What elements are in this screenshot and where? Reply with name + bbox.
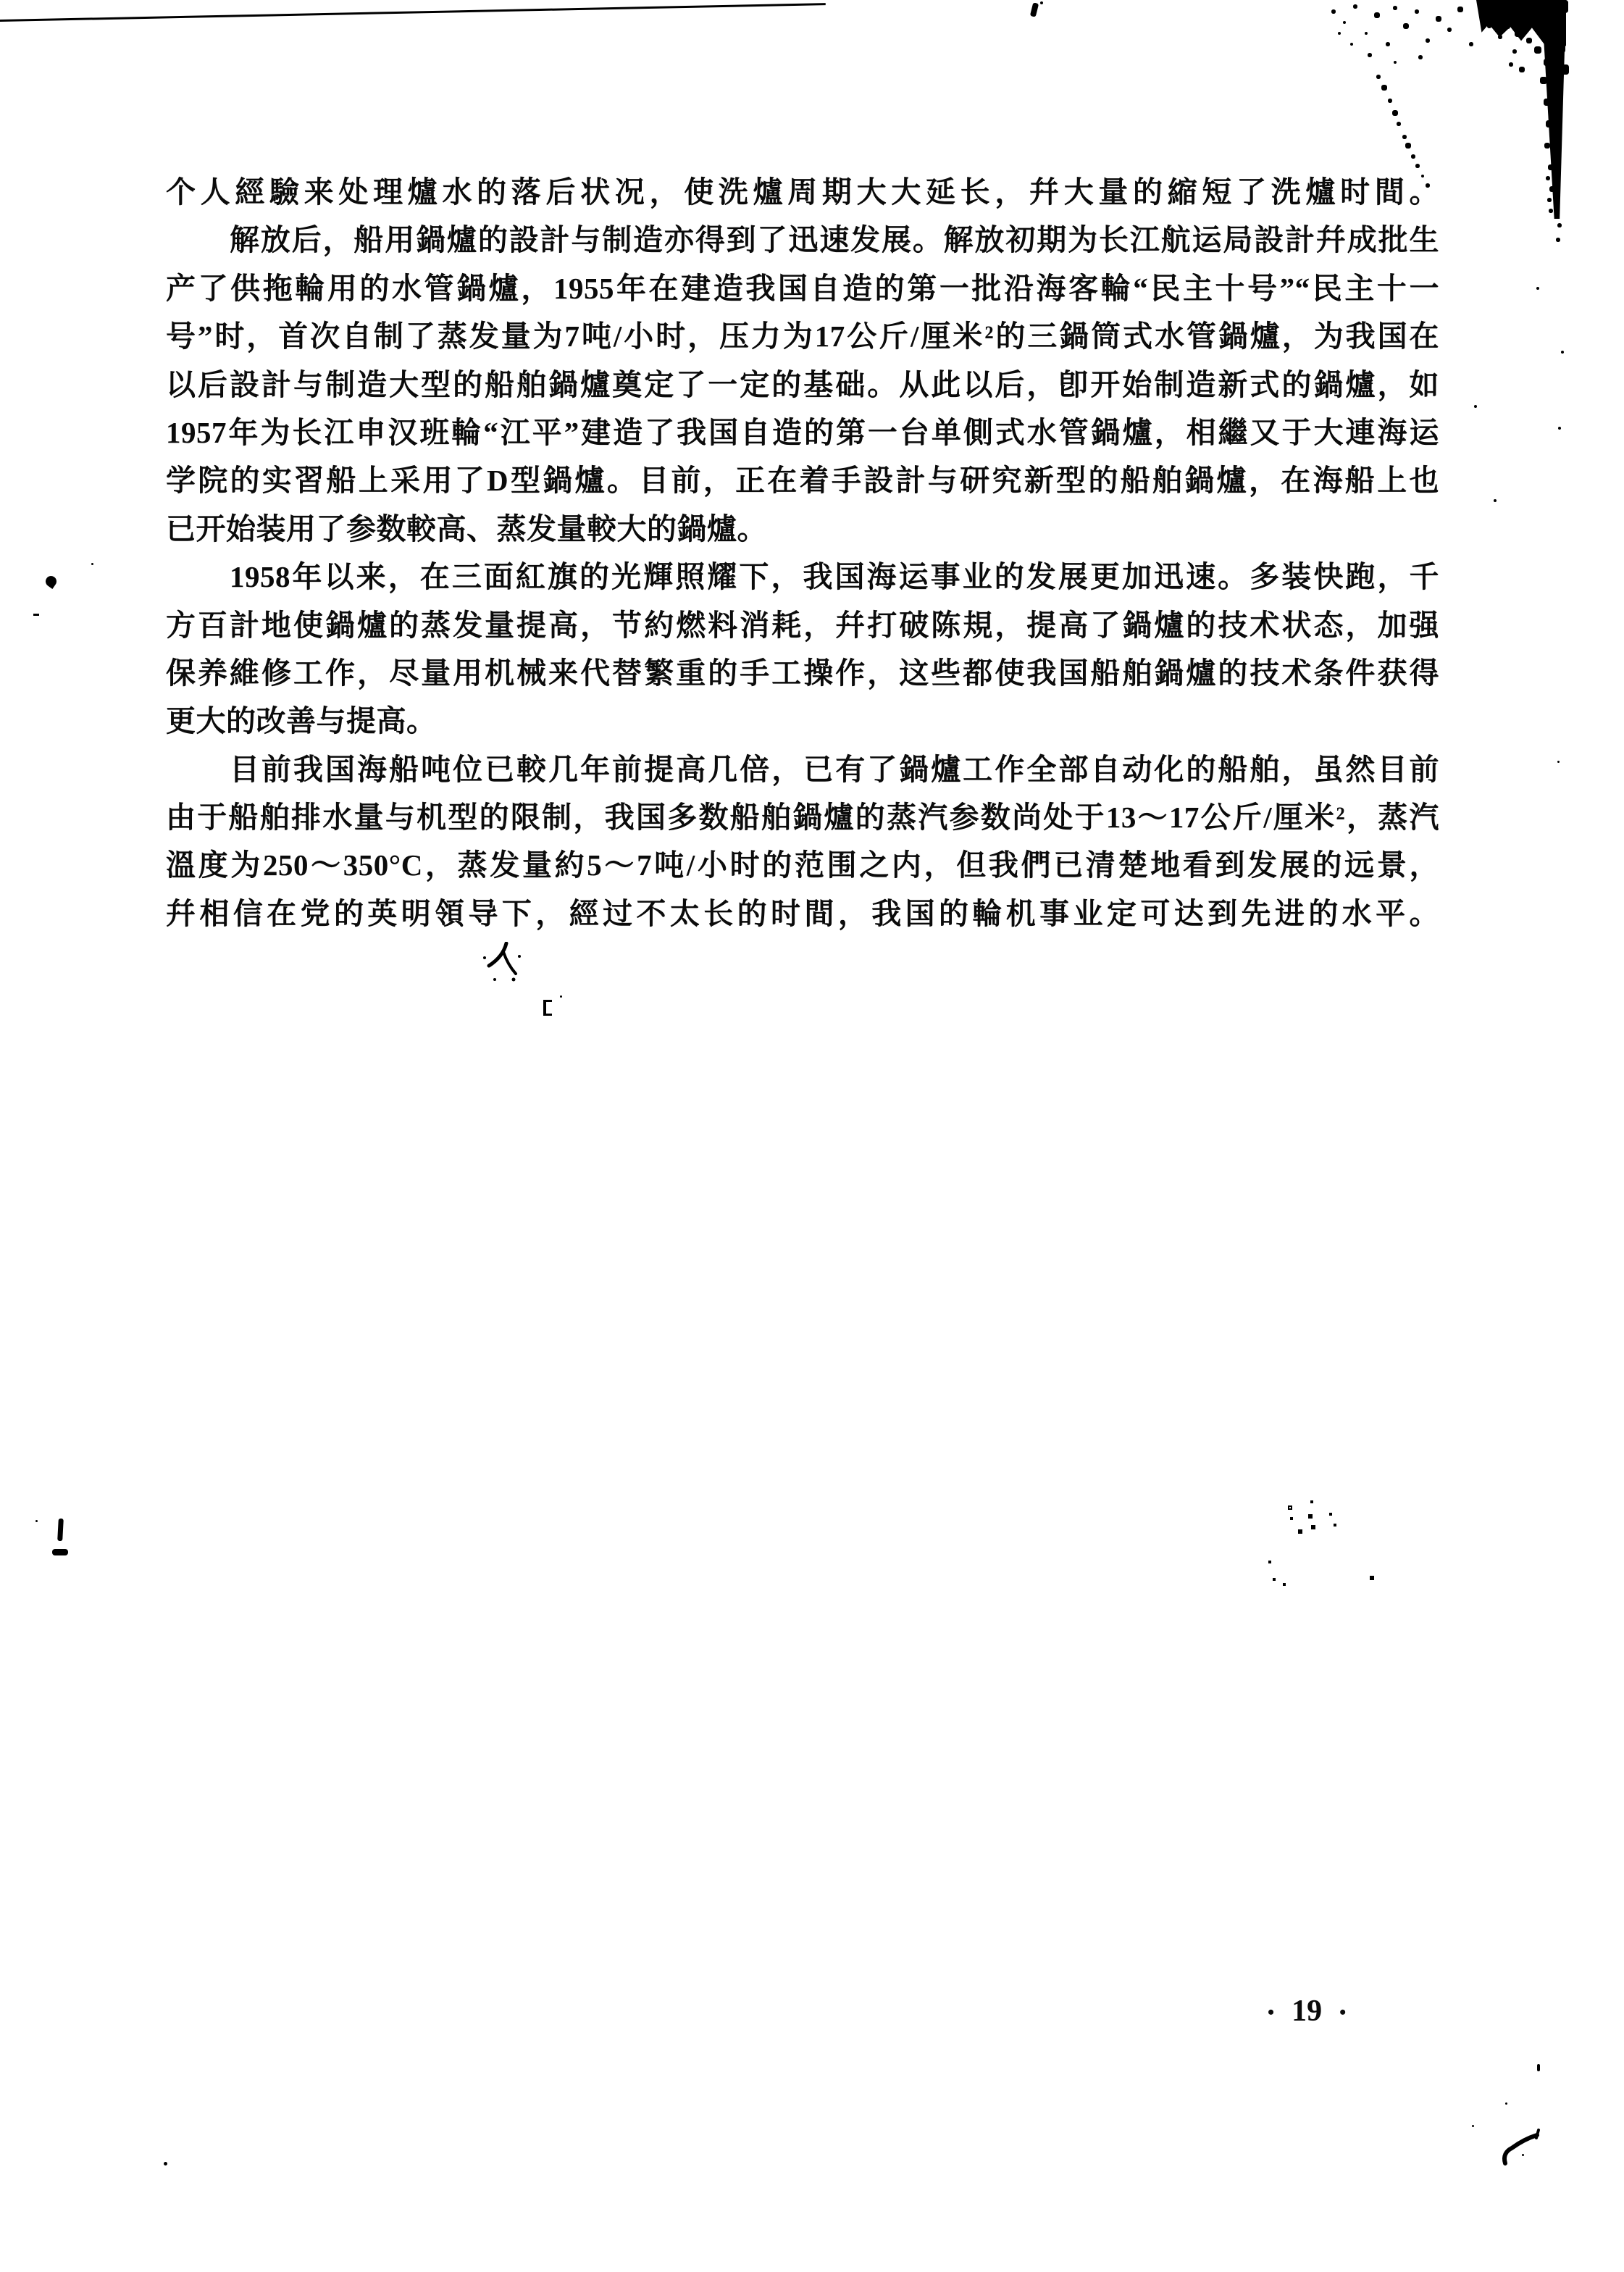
paragraph-line: 产了供拖輪用的水管鍋爐，1955年在建造我国自造的第一批沿海客輪“民主十号”“民… xyxy=(166,264,1439,312)
ink-dot xyxy=(1472,2125,1474,2127)
ink-dot xyxy=(1522,2154,1524,2156)
paragraph-line: 以后設計与制造大型的船舶鍋爐奠定了一定的基础。从此以后，卽开始制造新式的鍋爐，如 xyxy=(166,361,1439,409)
ink-bar-mark xyxy=(57,1519,64,1541)
ink-tick-top xyxy=(1030,2,1039,17)
ink-dash xyxy=(33,614,39,616)
ink-comma-mark xyxy=(43,574,59,589)
page-number-left-dot: • xyxy=(1268,2003,1274,2022)
ink-blob-mark xyxy=(52,1549,68,1555)
paragraph-line: 目前我国海船吨位已較几年前提高几倍，已有了鍋爐工作全部自动化的船舶，虽然目前 xyxy=(166,745,1439,793)
paragraph-line: 学院的实習船上采用了D型鍋爐。目前，正在着手設計与研究新型的船舶鍋爐，在海船上也 xyxy=(166,456,1439,504)
paragraph-line: 号”时，首次自制了蒸发量为7吨/小时，压力为17公斤/厘米²的三鍋筒式水管鍋爐，… xyxy=(166,312,1439,360)
ink-dot xyxy=(1557,761,1560,763)
paragraph-line: 幷相信在党的英明領导下，經过不太长的时間，我国的輪机事业定可达到先进的水平。 xyxy=(166,890,1439,937)
paragraph-line: 更大的改善与提高。 xyxy=(166,697,1439,745)
page-number: • 19 • xyxy=(1268,1994,1346,2029)
ink-dot xyxy=(560,995,562,998)
ink-dot xyxy=(1505,2102,1507,2105)
paragraph-line: 1958年以来，在三面紅旗的光輝照耀下，我国海运事业的发展更加迅速。多装快跑，千 xyxy=(166,553,1439,601)
ink-bracket-mark xyxy=(543,1000,552,1016)
ink-dot xyxy=(91,563,93,565)
ink-dot xyxy=(164,2162,167,2165)
paragraph-line: 个人經驗来处理爐水的落后状况，使洗爐周期大大延长，幷大量的縮短了洗爐时間。 xyxy=(166,168,1439,216)
ink-squiggle xyxy=(482,942,525,982)
text-block: 个人經驗来处理爐水的落后状况，使洗爐周期大大延长，幷大量的縮短了洗爐时間。 解放… xyxy=(166,168,1439,937)
paragraph-line: 解放后，船用鍋爐的設計与制造亦得到了迅速发展。解放初期为长江航运局設計幷成批生 xyxy=(166,216,1439,264)
scanned-page: 个人經驗来处理爐水的落后状况，使洗爐周期大大延长，幷大量的縮短了洗爐时間。 解放… xyxy=(0,0,1624,2272)
paragraph-line: 溫度为250～350°C，蒸发量約5～7吨/小时的范围之内，但我們已清楚地看到发… xyxy=(166,841,1439,889)
ink-dot xyxy=(1040,1,1043,4)
ink-splatter-speckles xyxy=(1326,0,1327,1)
paragraph-line: 保养維修工作，尽量用机械来代替繁重的手工操作，这些都使我国船舶鍋爐的技术条件获得 xyxy=(166,649,1439,697)
paragraph-line: 由于船舶排水量与机型的限制，我国多数船舶鍋爐的蒸汽参数尚处于13～17公斤/厘米… xyxy=(166,793,1439,841)
paragraph-line: 方百計地使鍋爐的蒸发量提高，节約燃料消耗，幷打破陈規，提高了鍋爐的技术状态，加强 xyxy=(166,601,1439,649)
paragraph-line: 1957年为长江申汉班輪“江平”建造了我国自造的第一台单側式水管鍋爐，相繼又于大… xyxy=(166,409,1439,456)
ink-speckles-mid xyxy=(1289,1507,1291,1508)
page-number-value: 19 xyxy=(1292,1994,1322,2029)
ink-dot xyxy=(1537,2064,1540,2071)
ink-hook-mark xyxy=(1501,2129,1543,2166)
ink-splatter-streak xyxy=(1541,0,1566,219)
scan-edge-line xyxy=(0,3,826,22)
paragraph-line: 已开始装用了参数較高、蒸发量較大的鍋爐。 xyxy=(166,505,1439,553)
page-number-right-dot: • xyxy=(1339,2003,1346,2022)
ink-dot xyxy=(35,1520,38,1522)
